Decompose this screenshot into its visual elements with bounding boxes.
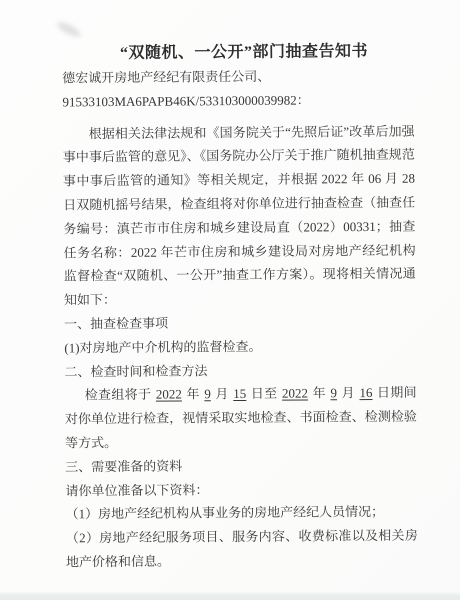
section3-item-1: （1）房地产经纪机构从事业务的房地产经纪人员情况；	[66, 500, 418, 527]
notice-content: “双随机、一公开”部门抽查告知书 德宏诚开房地产经纪有限责任公司、 915331…	[62, 35, 418, 574]
section1-heading: 一、抽查检查事项	[64, 310, 416, 337]
schedule-date-underlined: 2022	[155, 387, 183, 402]
schedule-paragraph: 检查组将于 2022 年 9 月 15 日至 2022 年 9 月 16 日期间…	[65, 381, 418, 455]
schedule-segment: 检查组将于	[85, 387, 155, 403]
schedule-segment: 年	[309, 386, 330, 401]
schedule-segment: 年	[183, 387, 204, 402]
section3-heading: 三、需要准备的资料	[65, 452, 417, 479]
schedule-date-underlined: 16	[358, 385, 373, 400]
scan-bottom-edge	[0, 592, 460, 600]
recipient-line: 德宏诚开房地产经纪有限责任公司、	[62, 64, 414, 91]
section1-item: (1)对房地产中介机构的监督检查。	[64, 333, 416, 360]
schedule-segment: 月	[338, 385, 359, 400]
schedule-date-underlined: 9	[203, 387, 212, 402]
intro-paragraph: 根据相关法律法规和《国务院关于“先照后证”改革后加强事中事后监管的意见》、《国务…	[63, 119, 416, 312]
schedule-segment: 日至	[247, 386, 281, 401]
scanned-notice-page: “双随机、一公开”部门抽查告知书 德宏诚开房地产经纪有限责任公司、 915331…	[0, 0, 460, 600]
credit-code-line: 91533103MA6PAPB46K/533103000039982：	[62, 87, 414, 114]
schedule-date-underlined: 2022	[281, 386, 309, 401]
section2-heading: 二、检查时间和检查方法	[64, 357, 416, 384]
section3-item-2: （2）房地产经纪服务项目、服务内容、收费标准以及相关房地产价格和信息。	[66, 524, 418, 574]
schedule-segment: 月	[212, 386, 233, 401]
section3-intro: 请你单位准备以下资料：	[65, 476, 417, 503]
schedule-date-underlined: 15	[232, 386, 247, 401]
notice-title: “双随机、一公开”部门抽查告知书	[74, 40, 414, 67]
